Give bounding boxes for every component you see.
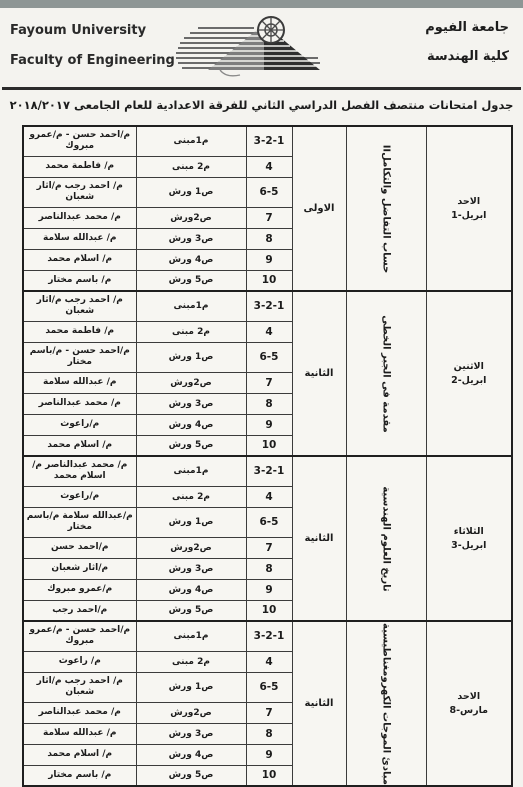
proctors-cell: م/ فاطمة محمد [23, 321, 136, 342]
exam-day-section-2: الاثنين ابريل-2 مقدمة فى الجبر الخطى الث… [23, 291, 512, 456]
location-cell: ص2ورش [136, 537, 246, 558]
proctors-cell: م/احمد حسن - م/عمرو مبروك [23, 621, 136, 651]
day-date: ابريل-3 [429, 539, 510, 553]
exam-row: الاحد ابريل-1 حساب التفاضل والتكاملII ال… [23, 126, 512, 156]
proctors-cell: م/ محمد عبدالناصر [23, 702, 136, 723]
groups-cell: 9 [246, 744, 292, 765]
location-cell: م2 مبنى [136, 156, 246, 177]
day-cell: الاثنين ابريل-2 [426, 291, 512, 456]
groups-cell: 9 [246, 249, 292, 270]
exam-day-section-3: الثلاثاء ابريل-3 تاريخ العلوم الهندسية ا… [23, 456, 512, 621]
proctors-cell: م/احمد رجب [23, 600, 136, 621]
groups-cell: 10 [246, 600, 292, 621]
grade-cell: الثانية [292, 456, 346, 621]
groups-cell: 7 [246, 207, 292, 228]
location-cell: ص2ورش [136, 372, 246, 393]
location-cell: ص2ورش [136, 207, 246, 228]
groups-cell: 3-2-1 [246, 456, 292, 486]
location-cell: ص1 ورش [136, 507, 246, 537]
groups-cell: 6-5 [246, 507, 292, 537]
day-name: الاحد [429, 195, 510, 209]
location-cell: ص4 ورش [136, 579, 246, 600]
header-english: Fayoum University Faculty of Engineering [10, 22, 175, 69]
location-cell: ص1 ورش [136, 342, 246, 372]
location-cell: م2 مبنى [136, 486, 246, 507]
day-date: مارس-8 [429, 704, 510, 718]
exam-row: الاحد مارس-8 مبادئ الموجات الكهرومغناطيس… [23, 621, 512, 651]
proctors-cell: م/ اسلام محمد [23, 435, 136, 456]
proctors-cell: م/ محمد عبدالناصر [23, 393, 136, 414]
location-cell: م1مبنى [136, 126, 246, 156]
proctors-cell: م/اثار شعبان [23, 558, 136, 579]
groups-cell: 3-2-1 [246, 621, 292, 651]
location-cell: م1مبنى [136, 456, 246, 486]
groups-cell: 3-2-1 [246, 126, 292, 156]
groups-cell: 8 [246, 228, 292, 249]
proctors-cell: م/ باسم مختار [23, 270, 136, 291]
grade-cell: الثانية [292, 291, 346, 456]
location-cell: ص3 ورش [136, 228, 246, 249]
proctors-cell: م/ عبدالله سلامة [23, 228, 136, 249]
day-date: ابريل-2 [429, 374, 510, 388]
location-cell: ص5 ورش [136, 600, 246, 621]
proctors-cell: م/ احمد رجب م/اثار شعبان [23, 177, 136, 207]
exam-schedule-table: الاحد ابريل-1 حساب التفاضل والتكاملII ال… [22, 125, 513, 787]
proctors-cell: م/ اسلام محمد [23, 249, 136, 270]
day-cell: الاحد ابريل-1 [426, 126, 512, 291]
proctors-cell: م/ باسم مختار [23, 765, 136, 786]
location-cell: ص4 ورش [136, 744, 246, 765]
faculty-name-en: Faculty of Engineering [10, 52, 175, 69]
groups-cell: 7 [246, 537, 292, 558]
proctors-cell: م/ محمد عبدالناصر م/اسلام محمد [23, 456, 136, 486]
location-cell: ص5 ورش [136, 435, 246, 456]
subject-cell: حساب التفاضل والتكاملII [346, 126, 426, 291]
location-cell: ص1 ورش [136, 177, 246, 207]
groups-cell: 8 [246, 558, 292, 579]
proctors-cell: م/عمرو مبروك [23, 579, 136, 600]
faculty-name-ar: كلية الهندسة [425, 49, 509, 65]
exam-day-section-4: الاحد مارس-8 مبادئ الموجات الكهرومغناطيس… [23, 621, 512, 786]
day-cell: الاحد مارس-8 [426, 621, 512, 786]
groups-cell: 7 [246, 372, 292, 393]
proctors-cell: م/راعوث [23, 486, 136, 507]
pyramid-waterwheel-logo-icon [168, 12, 336, 80]
groups-cell: 9 [246, 414, 292, 435]
location-cell: ص1 ورش [136, 672, 246, 702]
scan-edge-strip [0, 0, 523, 8]
day-name: الاحد [429, 690, 510, 704]
proctors-cell: م/ فاطمة محمد [23, 156, 136, 177]
schedule-title: جدول امتحانات منتصف الفصل الدراسي الثاني… [0, 98, 523, 112]
groups-cell: 4 [246, 651, 292, 672]
grade-cell: الثانية [292, 621, 346, 786]
proctors-cell: م/عبدالله سلامة م/باسم مختار [23, 507, 136, 537]
exam-day-section-1: الاحد ابريل-1 حساب التفاضل والتكاملII ال… [23, 126, 512, 291]
proctors-cell: م/ احمد رجب م/اثار شعبان [23, 672, 136, 702]
groups-cell: 4 [246, 486, 292, 507]
groups-cell: 6-5 [246, 672, 292, 702]
day-name: الثلاثاء [429, 525, 510, 539]
subject-label: مقدمة فى الجبر الخطى [381, 315, 392, 432]
groups-cell: 6-5 [246, 177, 292, 207]
proctors-cell: م/احمد حسن [23, 537, 136, 558]
location-cell: ص2ورش [136, 702, 246, 723]
proctors-cell: م/ عبدالله سلامة [23, 372, 136, 393]
day-date: ابريل-1 [429, 209, 510, 223]
day-cell: الثلاثاء ابريل-3 [426, 456, 512, 621]
location-cell: م1مبنى [136, 621, 246, 651]
proctors-cell: م/ اسلام محمد [23, 744, 136, 765]
proctors-cell: م/ احمد رجب م/اثار شعبان [23, 291, 136, 321]
scanned-exam-schedule-page: Fayoum University Faculty of Engineering [0, 0, 523, 787]
proctors-cell: م/احمد حسن - م/عمرو مبروك [23, 126, 136, 156]
location-cell: ص5 ورش [136, 765, 246, 786]
proctors-cell: م/ راعوث [23, 651, 136, 672]
groups-cell: 8 [246, 723, 292, 744]
groups-cell: 7 [246, 702, 292, 723]
proctors-cell: م/احمد حسن - م/باسم مختار [23, 342, 136, 372]
proctors-cell: م/ عبدالله سلامة [23, 723, 136, 744]
proctors-cell: م/راعوث [23, 414, 136, 435]
subject-label: تاريخ العلوم الهندسية [381, 486, 392, 591]
groups-cell: 3-2-1 [246, 291, 292, 321]
location-cell: م2 مبنى [136, 651, 246, 672]
groups-cell: 10 [246, 765, 292, 786]
location-cell: ص4 ورش [136, 414, 246, 435]
groups-cell: 8 [246, 393, 292, 414]
subject-label: مبادئ الموجات الكهرومغناطيسية [381, 623, 392, 785]
location-cell: ص5 ورش [136, 270, 246, 291]
header-divider [2, 87, 521, 90]
groups-cell: 10 [246, 435, 292, 456]
subject-cell: مقدمة فى الجبر الخطى [346, 291, 426, 456]
groups-cell: 10 [246, 270, 292, 291]
grade-cell: الاولى [292, 126, 346, 291]
location-cell: ص3 ورش [136, 393, 246, 414]
exam-row: الثلاثاء ابريل-3 تاريخ العلوم الهندسية ا… [23, 456, 512, 486]
proctors-cell: م/ محمد عبدالناصر [23, 207, 136, 228]
location-cell: م2 مبنى [136, 321, 246, 342]
exam-row: الاثنين ابريل-2 مقدمة فى الجبر الخطى الث… [23, 291, 512, 321]
university-name-en: Fayoum University [10, 22, 175, 39]
subject-cell: مبادئ الموجات الكهرومغناطيسية [346, 621, 426, 786]
location-cell: ص3 ورش [136, 558, 246, 579]
header-arabic: جامعة الفيوم كلية الهندسة [425, 20, 509, 65]
day-name: الاثنين [429, 360, 510, 374]
groups-cell: 9 [246, 579, 292, 600]
location-cell: ص4 ورش [136, 249, 246, 270]
groups-cell: 4 [246, 156, 292, 177]
location-cell: ص3 ورش [136, 723, 246, 744]
subject-cell: تاريخ العلوم الهندسية [346, 456, 426, 621]
subject-label: حساب التفاضل والتكاملII [381, 144, 392, 273]
location-cell: م1مبنى [136, 291, 246, 321]
university-name-ar: جامعة الفيوم [425, 20, 509, 36]
groups-cell: 6-5 [246, 342, 292, 372]
groups-cell: 4 [246, 321, 292, 342]
